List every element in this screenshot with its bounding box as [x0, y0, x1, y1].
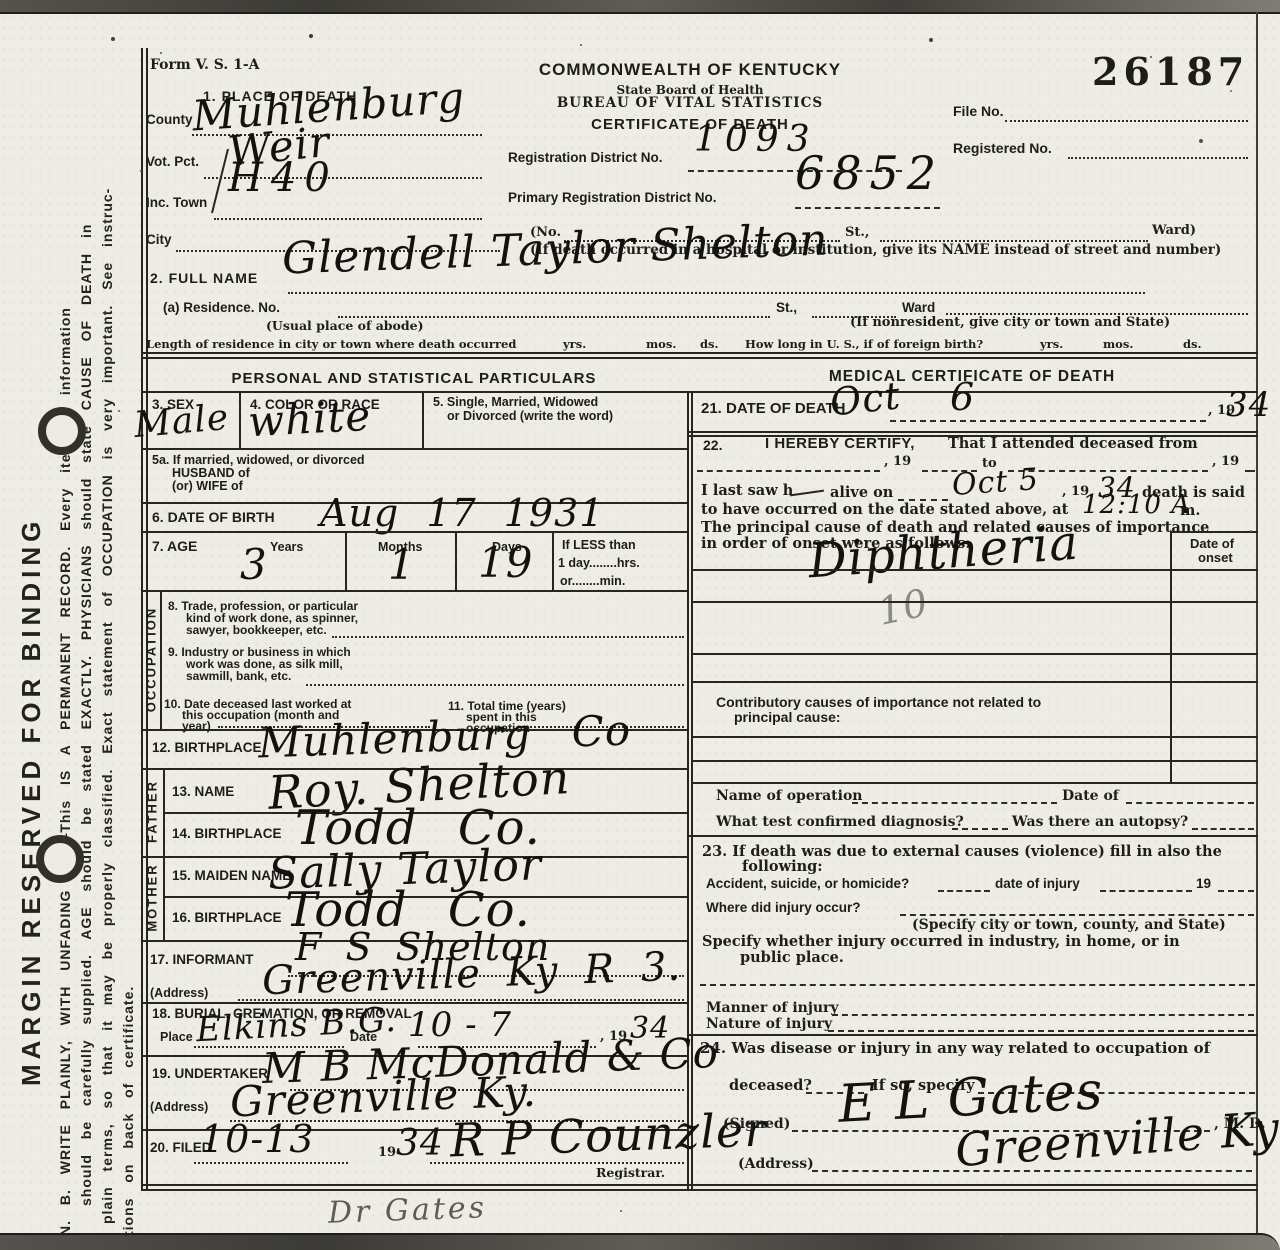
test-confirmed-label: What test confirmed diagnosis?	[716, 814, 964, 830]
undertaker-address-label: (Address)	[150, 1100, 208, 1114]
rule-line	[692, 601, 1258, 603]
primary-registration-district-value-handwritten: 6852	[795, 150, 944, 196]
rule-line	[141, 448, 688, 450]
residence-ward-label: Ward	[902, 300, 935, 316]
dashed-line	[828, 1030, 1254, 1032]
dotted-line	[1068, 157, 1248, 159]
dashed-line	[1218, 890, 1254, 892]
residence-st-label: St.,	[776, 300, 797, 316]
contributory-line2: principal cause:	[734, 709, 841, 725]
rule-line	[141, 531, 688, 533]
onset-header-line2: onset	[1198, 551, 1233, 566]
rule-line	[688, 431, 1258, 433]
lastsaw-text-a: I last saw h	[701, 483, 793, 500]
certify-rest-text: That I attended deceased from	[948, 436, 1198, 453]
age-years-header: Years	[270, 540, 303, 554]
rule-line	[141, 357, 1258, 359]
commonwealth-title: COMMONWEALTH OF KENTUCKY	[520, 60, 860, 80]
rule-line	[692, 736, 1258, 738]
margin-note-line3: plain terms, so that it may be properly …	[97, 36, 118, 1236]
full-name-value-handwritten: Glendell Taylor Shelton	[281, 218, 829, 281]
scan-top-edge	[0, 0, 1280, 14]
filed-date-value-handwritten: 10-13	[200, 1120, 315, 1158]
rule-line	[141, 590, 688, 592]
dotted-line	[238, 999, 684, 1001]
usual-abode-note: (Usual place of abode)	[266, 319, 424, 333]
punch-hole	[36, 835, 84, 883]
nonresident-note: (If nonresident, give city or town and S…	[850, 316, 1170, 331]
sex-value-handwritten: Male	[133, 400, 231, 444]
age-less-line2: 1 day........hrs.	[558, 556, 640, 570]
inc-town-label: Inc. Town	[146, 195, 207, 211]
dashed-line	[952, 828, 1008, 830]
rule-line	[141, 1002, 688, 1004]
pencil-note-handwritten: Dr Gates	[328, 1193, 488, 1229]
how-long-us-label: How long in U. S., if of foreign birth?	[745, 338, 983, 351]
pen-stroke	[211, 149, 229, 214]
lastsaw-date-handwritten: Oct 5	[951, 465, 1040, 501]
occupation-9-line3: sawmill, bank, etc.	[186, 670, 291, 684]
rule-line	[141, 391, 688, 393]
dob-value-handwritten: Aug 17 1931	[320, 494, 604, 532]
dotted-line	[194, 1162, 348, 1164]
marital-label-line2: or Divorced (write the word)	[447, 409, 613, 423]
dashed-line	[832, 1014, 1254, 1016]
rule-line	[692, 782, 1258, 784]
age-years-value-handwritten: 3	[240, 544, 268, 586]
informant-label: 17. INFORMANT	[150, 952, 254, 968]
margin-note-line2: should be carefully supplied. AGE should…	[76, 36, 97, 1236]
age-less-line1: If LESS than	[562, 538, 636, 552]
date-of-death-year-handwritten: 34	[1226, 388, 1271, 422]
ds-label: ds.	[700, 338, 719, 351]
informant-address-label: (Address)	[150, 986, 208, 1000]
nature-of-injury-label: Nature of injury	[706, 1016, 832, 1032]
certify-number: 22.	[703, 437, 722, 453]
mos-label: mos.	[1103, 338, 1133, 351]
dashed-line	[900, 914, 1254, 916]
cell-divider	[422, 391, 424, 448]
operation-label: Name of operation	[716, 788, 862, 804]
signed-label: (Signed)	[723, 1116, 790, 1132]
yrs-label: yrs.	[563, 338, 586, 351]
injury-year-printed: 19	[1196, 876, 1211, 892]
rule-line	[692, 760, 1258, 762]
dashed-line	[1126, 802, 1254, 804]
full-name-label: 2. FULL NAME	[150, 270, 258, 286]
lastsaw-text-d: to have occurred on the date stated abov…	[701, 502, 1068, 519]
strip-divider	[163, 768, 165, 940]
manner-of-injury-label: Manner of injury	[706, 1000, 839, 1016]
autopsy-label: Was there an autopsy?	[1012, 814, 1188, 830]
form-number: Form V. S. 1-A	[150, 57, 260, 73]
date-of-death-day-handwritten: 6	[950, 378, 975, 416]
margin-note-line1: N. B. WRITE PLAINLY, WITH UNFADING INK—T…	[55, 36, 76, 1236]
age-less-line3: or........min.	[560, 574, 625, 588]
yrs-label: yrs.	[1040, 338, 1063, 351]
dashed-line	[697, 470, 880, 472]
dob-label: 6. DATE OF BIRTH	[152, 509, 275, 525]
rule-line	[692, 653, 1258, 655]
s23-specify-line2: public place.	[740, 950, 844, 967]
onset-box-border	[1170, 531, 1258, 533]
dotted-line	[332, 636, 684, 638]
occupation-strip-label: OCCUPATION	[144, 604, 159, 716]
county-label: County	[146, 112, 193, 128]
age-days-value-handwritten: 19	[478, 542, 533, 584]
s23-line2: following:	[742, 859, 823, 876]
cause-note-handwritten-faint: 10	[875, 583, 932, 631]
age-months-value-handwritten: 1	[388, 544, 416, 586]
rule-line	[688, 1034, 1258, 1036]
burial-place-label: Place	[160, 1030, 193, 1044]
age-label: 7. AGE	[152, 538, 197, 554]
dotted-line	[430, 1162, 684, 1164]
mos-label: mos.	[646, 338, 676, 351]
margin-binding-text: MARGIN RESERVED FOR BINDING	[16, 36, 47, 1236]
length-residence-label: Length of residence in city or town wher…	[146, 338, 516, 351]
race-value-handwritten: white	[247, 395, 372, 443]
certify-year1-printed: , 19	[884, 455, 911, 470]
dotted-line	[1005, 120, 1248, 122]
date-of-death-month-handwritten: Oct	[828, 376, 902, 421]
voting-precinct-label: Vot. Pct.	[146, 154, 199, 170]
certify-bold-text: I HEREBY CERTIFY,	[765, 435, 915, 452]
marital-label-line1: 5. Single, Married, Widowed	[433, 395, 598, 409]
dashed-line	[700, 984, 1255, 986]
rule-line	[692, 569, 1258, 571]
dashed-line	[890, 420, 1206, 422]
lastsaw-text-b: alive on	[830, 485, 893, 502]
accident-suicide-label: Accident, suicide, or homicide?	[706, 876, 909, 892]
father-birthplace-label: 14. BIRTHPLACE	[172, 826, 282, 842]
registrar-signature-handwritten: R P Counzler	[449, 1106, 768, 1163]
father-strip-label: FATHER	[145, 776, 160, 848]
bureau-subtitle: BUREAU OF VITAL STATISTICS	[520, 96, 860, 112]
ward-paren-label: Ward)	[1152, 224, 1196, 239]
occupation-8-line3: sawyer, bookkeeper, etc.	[186, 624, 327, 638]
date-of-death-label: 21. DATE OF DEATH	[701, 400, 845, 417]
mother-strip-label: MOTHER	[145, 859, 160, 937]
s5a-label-line3: (or) WIFE of	[172, 479, 243, 493]
dashed-line	[1192, 828, 1254, 830]
st-label: St.,	[845, 226, 869, 241]
ds-label: ds.	[1183, 338, 1202, 351]
cell-divider	[345, 531, 347, 590]
dotted-line	[288, 292, 1145, 294]
dashed-line	[795, 207, 940, 209]
file-no-label: File No.	[953, 103, 1004, 119]
dashed-line	[1100, 890, 1192, 892]
physician-address-label: (Address)	[738, 1156, 814, 1172]
rule-line	[692, 681, 1258, 683]
residence-label: (a) Residence. No.	[163, 300, 280, 316]
registrar-label: Registrar.	[596, 1166, 665, 1180]
registered-no-label: Registered No.	[953, 140, 1052, 156]
where-injury-label: Where did injury occur?	[706, 900, 861, 916]
date-of-injury-label: date of injury	[995, 876, 1080, 892]
registration-district-label: Registration District No.	[508, 150, 663, 166]
dashed-line	[1245, 470, 1255, 472]
cell-divider	[455, 531, 457, 590]
lastsaw-m-printed: m.	[1180, 503, 1200, 520]
occupation-10-line3: year)	[182, 720, 211, 734]
birthplace-label: 12. BIRTHPLACE	[152, 740, 262, 756]
scan-right-edge	[1256, 12, 1258, 1233]
pen-stroke	[790, 490, 824, 497]
scan-bottom-edge	[0, 1233, 1280, 1250]
dashed-line	[938, 890, 990, 892]
form-border-bottom	[141, 1189, 1258, 1191]
cell-divider	[239, 391, 241, 448]
strip-divider	[160, 590, 162, 729]
punch-hole	[38, 407, 86, 455]
filed-year-printed: 19	[378, 1146, 396, 1161]
dotted-line	[214, 218, 482, 220]
operation-date-label: Date of	[1062, 788, 1119, 804]
father-name-label: 13. NAME	[172, 784, 234, 800]
rule-line	[688, 835, 1258, 837]
specify-city-note: (Specify city or town, county, and State…	[912, 917, 1226, 933]
time-of-death-handwritten: 12:10 A	[1082, 492, 1191, 518]
s24-line1: 24. Was disease or injury in any way rel…	[700, 1040, 1210, 1057]
mother-birthplace-label: 16. BIRTHPLACE	[172, 910, 282, 926]
certify-year2-printed: , 19	[1212, 455, 1239, 470]
filed-year-value-handwritten: 34	[396, 1126, 444, 1162]
margin-note-line4: tions on back of certificate.	[118, 36, 139, 1236]
personal-section-title: PERSONAL AND STATISTICAL PARTICULARS	[141, 370, 687, 387]
dotted-line	[306, 684, 684, 686]
s24-deceased-label: deceased?	[729, 1078, 812, 1095]
city-label: City	[146, 232, 172, 248]
form-border-bottom	[141, 1184, 1258, 1186]
death-certificate-scan: MARGIN RESERVED FOR BINDING N. B. WRITE …	[0, 0, 1280, 1250]
rule-line	[141, 352, 1258, 354]
dashed-line	[852, 802, 1057, 804]
cell-divider	[552, 531, 554, 590]
binding-margin: MARGIN RESERVED FOR BINDING N. B. WRITE …	[16, 36, 139, 1236]
contributory-line1: Contributory causes of importance not re…	[716, 694, 1041, 710]
inc-town-value-handwritten: H40	[228, 158, 338, 198]
primary-registration-district-label: Primary Registration District No.	[508, 190, 717, 206]
certificate-serial-number: 26187	[1092, 50, 1249, 94]
scan-noise	[100, 30, 102, 32]
